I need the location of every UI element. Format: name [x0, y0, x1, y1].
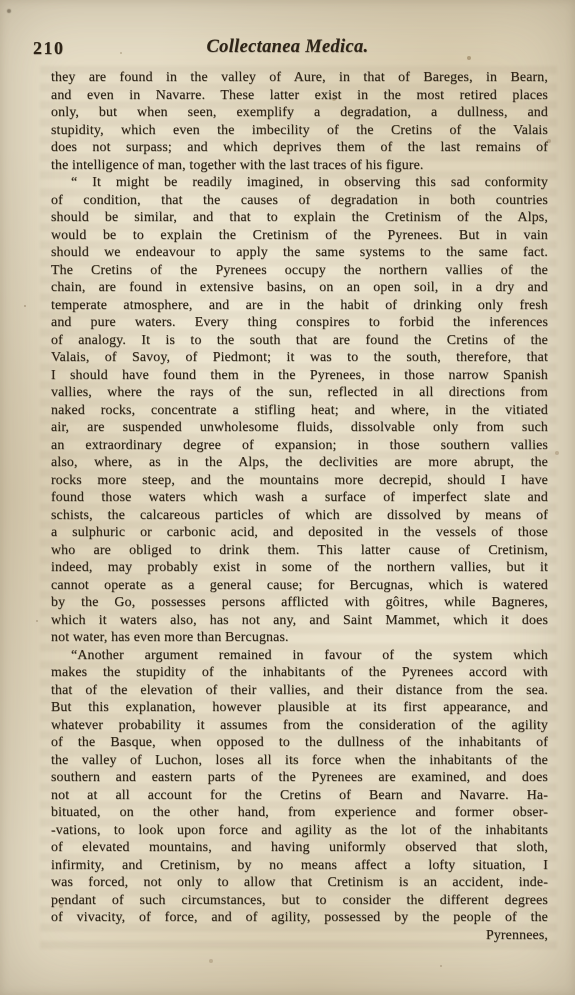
text-line: does not surpass; and which deprives the… — [51, 139, 548, 157]
text-line: Valais, of Savoy, of Piedmont; it was to… — [51, 349, 548, 367]
text-line: who are obliged to drink them. This latt… — [51, 542, 548, 560]
text-line: temperate atmosphere, and are in the hab… — [51, 297, 548, 315]
text-line: stupidity, which even the imbecility of … — [51, 122, 548, 140]
text-line: schists, the calcareous particles of whi… — [51, 507, 548, 525]
text-line: The Cretins of the Pyrenees occupy the n… — [51, 262, 548, 280]
text-line: a sulphuric or carbonic acid, and deposi… — [51, 524, 548, 542]
text-line: of condition, that the causes of degrada… — [51, 192, 548, 210]
book-page: 210 Collectanea Medica. they are found i… — [0, 0, 575, 995]
text-line: was forced, not only to allow that Creti… — [51, 874, 548, 892]
text-line: that of the elevation of their vallies, … — [51, 682, 548, 700]
text-line: should we endeavour to apply the same sy… — [51, 244, 548, 262]
text-block: they are found in the valley of Aure, in… — [51, 69, 548, 944]
text-line: found those waters which wash a surface … — [51, 489, 548, 507]
paragraph: “ It might be readily imagined, in obser… — [51, 174, 548, 647]
text-line: infirmity, and Cretinism, by no means af… — [51, 857, 548, 875]
text-line: of elevated mountains, and having unifor… — [51, 839, 548, 857]
text-line: not at all account for the Cretins of Be… — [51, 787, 548, 805]
text-line: rocks more steep, and the mountains more… — [51, 472, 548, 490]
text-line: which it waters also, has not any, and S… — [51, 612, 548, 630]
text-line: air, are suspended unwholesome fluids, d… — [51, 419, 548, 437]
catchword-line: Pyrennees, — [51, 927, 548, 945]
text-line: pendant of such circumstances, but to co… — [51, 892, 548, 910]
text-line: bituated, on the other hand, from experi… — [51, 804, 548, 822]
text-line: of the Basque, when opposed to the dulln… — [51, 734, 548, 752]
text-line: chain, are found in extensive basins, on… — [51, 279, 548, 297]
text-line: -vations, to look upon force and agility… — [51, 822, 548, 840]
text-line: the intelligence of man, together with t… — [51, 157, 548, 175]
text-line: only, but when seen, exemplify a degrada… — [51, 104, 548, 122]
text-line: an extraordinary degree of expansion; in… — [51, 437, 548, 455]
paragraphs-container: they are found in the valley of Aure, in… — [51, 69, 548, 927]
text-line: also, where, as in the Alps, the declivi… — [51, 454, 548, 472]
text-line: the valley of Luchon, loses all its forc… — [51, 752, 548, 770]
text-line: they are found in the valley of Aure, in… — [51, 69, 548, 87]
text-line: whatever probability it assumes from the… — [51, 717, 548, 735]
text-line: I should have found them in the Pyrenees… — [51, 367, 548, 385]
running-title: Collectanea Medica. — [0, 37, 575, 58]
foxing-specks — [0, 0, 2, 2]
text-line: makes the stupidity of the inhabitants o… — [51, 664, 548, 682]
text-line: But this explanation, however plausible … — [51, 699, 548, 717]
text-line: not water, has even more than Bercugnas. — [51, 629, 548, 647]
page-number: 210 — [33, 38, 65, 59]
text-line: of analogy. It is to the south that are … — [51, 332, 548, 350]
text-line: and even in Navarre. These latter exist … — [51, 87, 548, 105]
text-line: vallies, where the rays of the sun, refl… — [51, 384, 548, 402]
text-line: would be to explain the Cretinism of the… — [51, 227, 548, 245]
text-line: by the Go, possesses persons afflicted w… — [51, 594, 548, 612]
page-header: 210 Collectanea Medica. — [0, 37, 575, 61]
text-line: and pure waters. Every thing conspires t… — [51, 314, 548, 332]
paragraph: “Another argument remained in favour of … — [51, 647, 548, 927]
text-line: cannot operate as a general cause; for B… — [51, 577, 548, 595]
text-line: naked rocks, concentrate a stifling heat… — [51, 402, 548, 420]
text-line: “ It might be readily imagined, in obser… — [51, 174, 548, 192]
catchword: Pyrennees, — [486, 928, 548, 943]
text-line: southern and eastern parts of the Pyrene… — [51, 769, 548, 787]
text-line: indeed, may probably exist in some of th… — [51, 559, 548, 577]
text-line: “Another argument remained in favour of … — [51, 647, 548, 665]
paragraph: they are found in the valley of Aure, in… — [51, 69, 548, 174]
text-line: of vivacity, of force, and of agility, p… — [51, 909, 548, 927]
text-line: should be similar, and that to explain t… — [51, 209, 548, 227]
